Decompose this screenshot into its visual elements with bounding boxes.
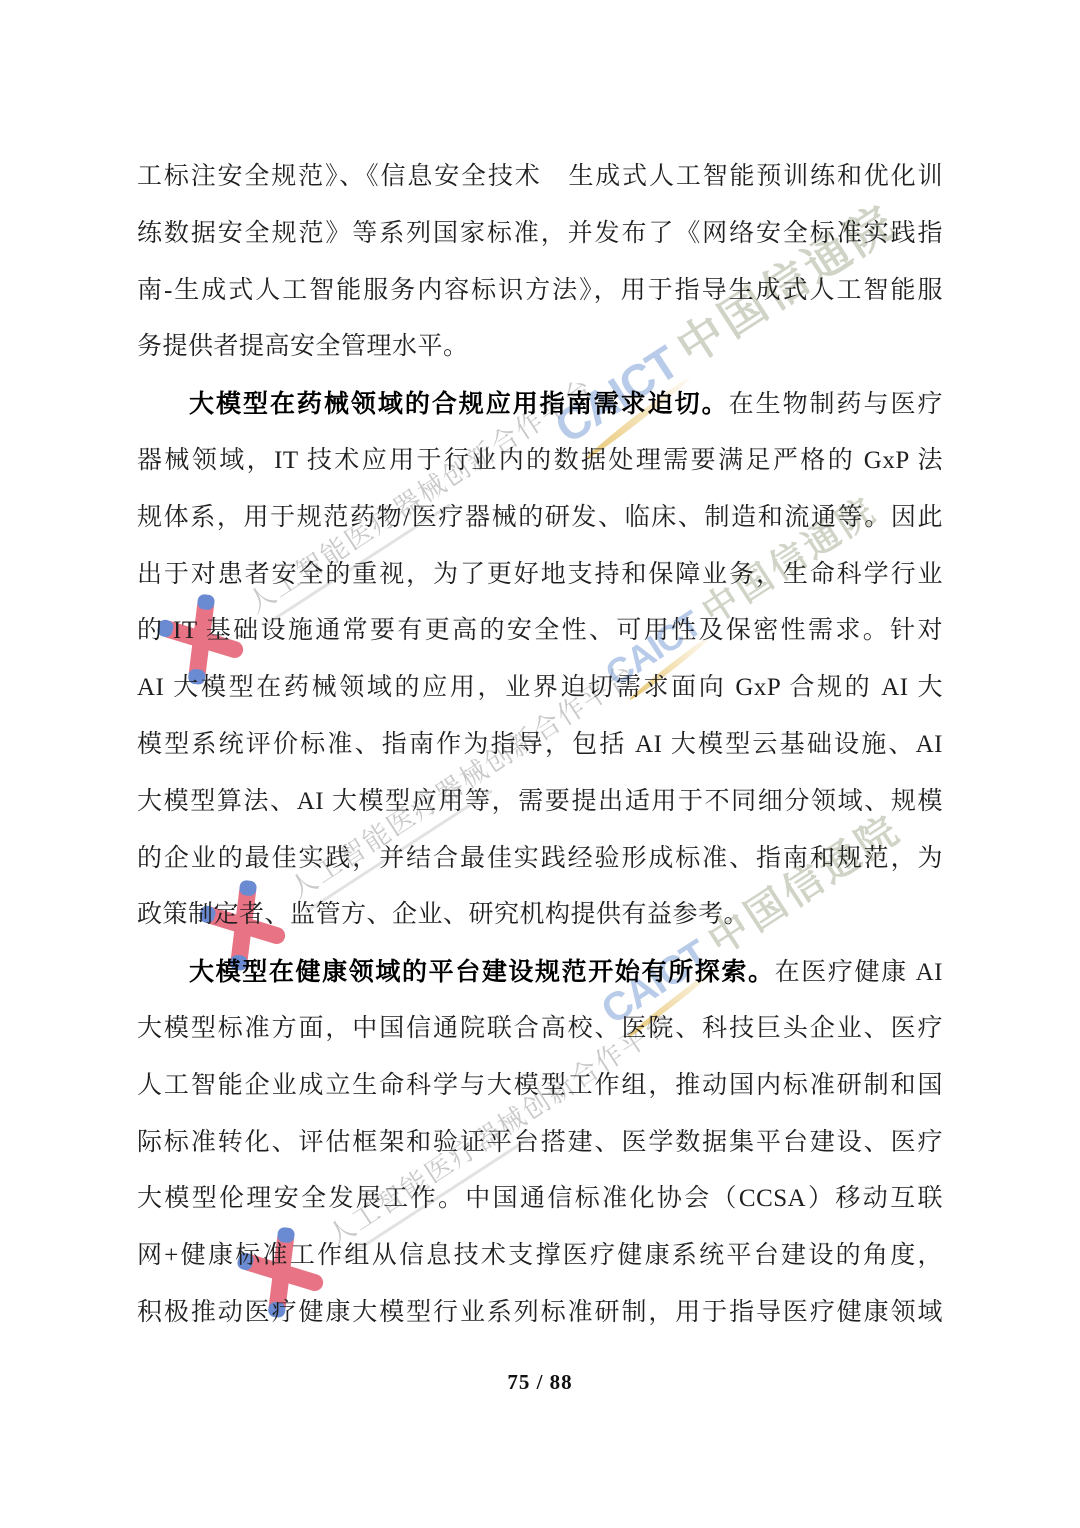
lead-rest: 在生物制药与医疗 bbox=[729, 391, 943, 418]
text-line: 大模型在健康领域的平台建设规范开始有所探索。在医疗健康 AI bbox=[137, 944, 943, 1001]
text-line: 大模型算法、AI 大模型应用等，需要提出适用于不同细分领域、规模 bbox=[137, 774, 943, 831]
text-line: 人工智能企业成立生命科学与大模型工作组，推动国内标准研制和国 bbox=[137, 1058, 943, 1115]
text-line: AI 大模型在药械领域的应用，业界迫切需求面向 GxP 合规的 AI 大 bbox=[137, 660, 943, 717]
text-line: 出于对患者安全的重视，为了更好地支持和保障业务，生命科学行业 bbox=[137, 547, 943, 604]
text-line: 器械领域，IT 技术应用于行业内的数据处理需要满足严格的 GxP 法 bbox=[137, 433, 943, 490]
paragraph-lead: 大模型在健康领域的平台建设规范开始有所探索。 bbox=[189, 958, 775, 986]
body-text: 工标注安全规范》、《信息安全技术 生成式人工智能预训练和优化训 练数据安全规范》… bbox=[137, 149, 943, 1342]
text-line: 大模型在药械领域的合规应用指南需求迫切。在生物制药与医疗 bbox=[137, 376, 943, 433]
paragraph-lead: 大模型在药械领域的合规应用指南需求迫切。 bbox=[189, 390, 729, 418]
document-page: 人工智能医疗器械创新合作平台 人工智能医 bbox=[0, 0, 1080, 1528]
text-line: 的 IT 基础设施通常要有更高的安全性、可用性及保密性需求。针对 bbox=[137, 603, 943, 660]
page-content: 工标注安全规范》、《信息安全技术 生成式人工智能预训练和优化训 练数据安全规范》… bbox=[0, 0, 1080, 1528]
text-line: 政策制定者、监管方、企业、研究机构提供有益参考。 bbox=[137, 887, 943, 944]
lead-rest: 在医疗健康 AI bbox=[775, 959, 943, 986]
text-line: 南-生成式人工智能服务内容标识方法》，用于指导生成式人工智能服 bbox=[137, 263, 943, 320]
text-line: 网+健康标准工作组从信息技术支撑医疗健康系统平台建设的角度， bbox=[137, 1228, 943, 1285]
paragraph-2: 大模型在药械领域的合规应用指南需求迫切。在生物制药与医疗 器械领域，IT 技术应… bbox=[137, 376, 943, 944]
text-line: 工标注安全规范》、《信息安全技术 生成式人工智能预训练和优化训 bbox=[137, 149, 943, 206]
text-line: 练数据安全规范》等系列国家标准，并发布了《网络安全标准实践指 bbox=[137, 206, 943, 263]
text-line: 规体系，用于规范药物/医疗器械的研发、临床、制造和流通等。因此 bbox=[137, 490, 943, 547]
text-line: 积极推动医疗健康大模型行业系列标准研制，用于指导医疗健康领域 bbox=[137, 1285, 943, 1342]
text-line: 大模型标准方面，中国信通院联合高校、医院、科技巨头企业、医疗 bbox=[137, 1001, 943, 1058]
text-line: 模型系统评价标准、指南作为指导，包括 AI 大模型云基础设施、AI bbox=[137, 717, 943, 774]
page-number: 75 / 88 bbox=[0, 1370, 1080, 1395]
paragraph-1: 工标注安全规范》、《信息安全技术 生成式人工智能预训练和优化训 练数据安全规范》… bbox=[137, 149, 943, 376]
text-line: 大模型伦理安全发展工作。中国通信标准化协会（CCSA）移动互联 bbox=[137, 1171, 943, 1228]
text-line: 务提供者提高安全管理水平。 bbox=[137, 319, 943, 376]
paragraph-3: 大模型在健康领域的平台建设规范开始有所探索。在医疗健康 AI 大模型标准方面，中… bbox=[137, 944, 943, 1342]
text-line: 的企业的最佳实践，并结合最佳实践经验形成标准、指南和规范，为 bbox=[137, 831, 943, 888]
text-line: 际标准转化、评估框架和验证平台搭建、医学数据集平台建设、医疗 bbox=[137, 1115, 943, 1172]
